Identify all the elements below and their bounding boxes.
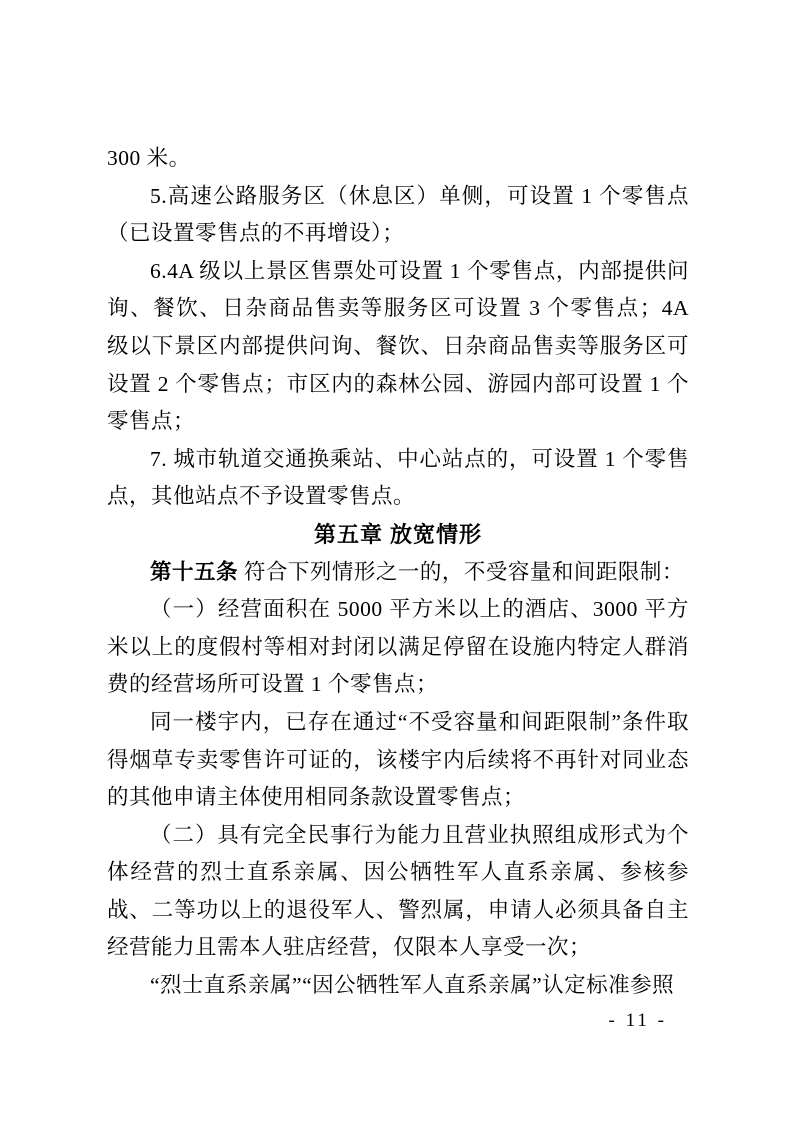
paragraph: （一）经营面积在 5000 平方米以上的酒店、3000 平方米以上的度假村等相对…	[107, 591, 689, 704]
paragraph: 7. 城市轨道交通换乘站、中心站点的，可设置 1 个零售点，其他站点不予设置零售…	[107, 441, 689, 516]
article-number: 第十五条	[150, 560, 238, 584]
paragraph: “烈士直系亲属”“因公牺牲军人直系亲属”认定标准参照	[107, 967, 689, 1005]
page-number: - 11 -	[609, 1008, 667, 1034]
paragraph: 6.4A 级以上景区售票处可设置 1 个零售点，内部提供问询、餐饮、日杂商品售卖…	[107, 253, 689, 441]
paragraph: 5.高速公路服务区（休息区）单侧，可设置 1 个零售点（已设置零售点的不再增设）…	[107, 178, 689, 253]
paragraph: 同一楼宇内，已存在通过“不受容量和间距限制”条件取得烟草专卖零售许可证的，该楼宇…	[107, 704, 689, 817]
chapter-heading: 第五章 放宽情形	[107, 516, 689, 554]
paragraph: （二）具有完全民事行为能力且营业执照组成形式为个体经营的烈士直系亲属、因公牺牲军…	[107, 817, 689, 967]
document-body: 300 米。5.高速公路服务区（休息区）单侧，可设置 1 个零售点（已设置零售点…	[107, 140, 689, 1005]
document-page: 300 米。5.高速公路服务区（休息区）单侧，可设置 1 个零售点（已设置零售点…	[0, 0, 793, 1122]
paragraph: 第十五条 符合下列情形之一的，不受容量和间距限制：	[107, 554, 689, 592]
paragraph: 300 米。	[107, 140, 689, 178]
